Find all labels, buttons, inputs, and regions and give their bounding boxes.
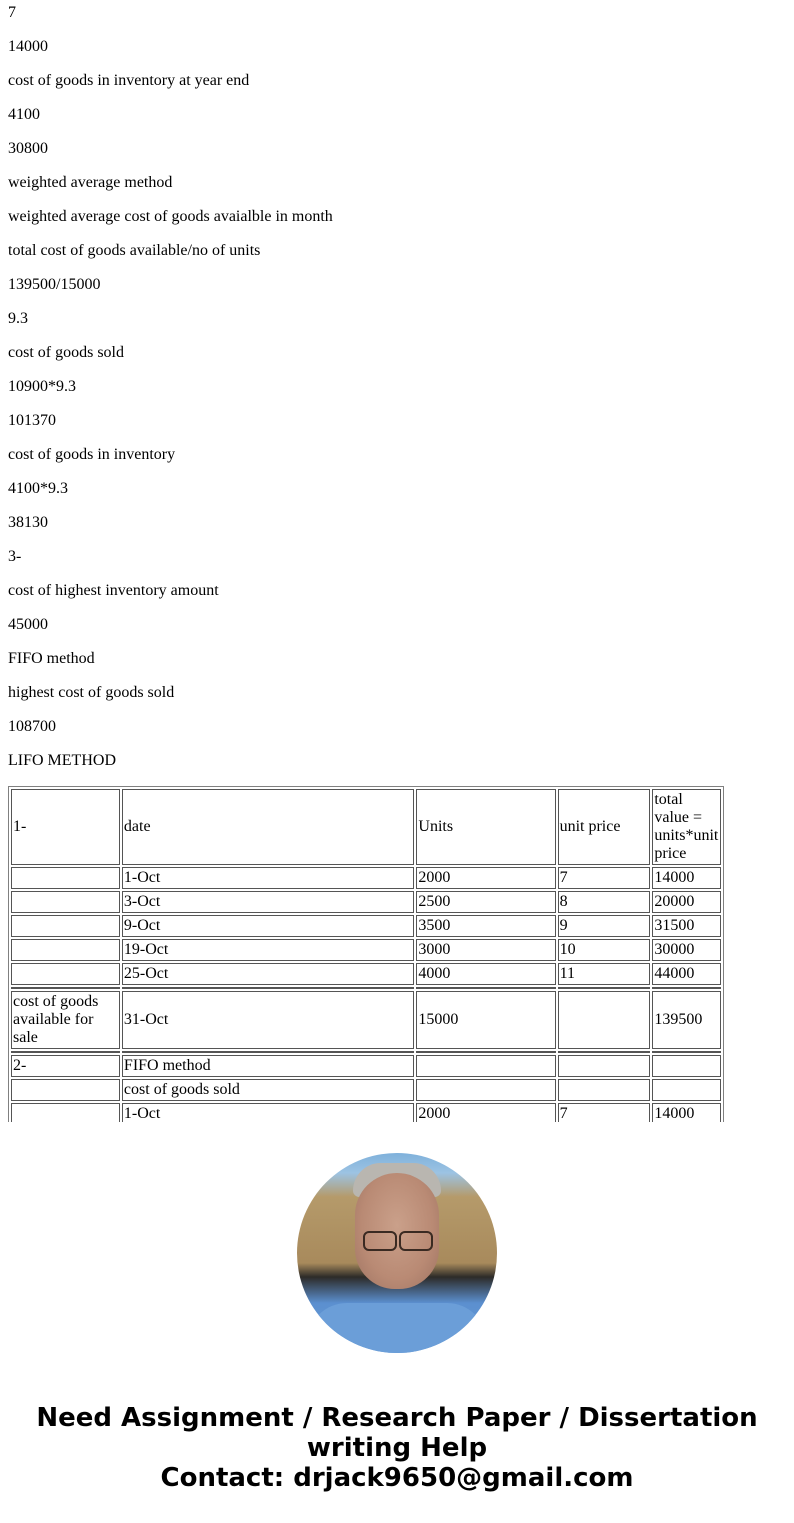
- table-row: 9-Oct3500931500: [11, 915, 721, 937]
- text-line: 10900*9.3: [8, 375, 788, 409]
- table-row: cost of goods sold: [11, 1079, 721, 1101]
- text-line: LIFO METHOD: [8, 749, 788, 783]
- text-line: 3-: [8, 545, 788, 579]
- text-line: 4100: [8, 103, 788, 137]
- table-cell: 11: [558, 963, 651, 985]
- table-cell: [652, 987, 721, 989]
- text-line: cost of goods in inventory: [8, 443, 788, 477]
- table-row: 3-Oct2500820000: [11, 891, 721, 913]
- table-cell: 10: [558, 939, 651, 961]
- text-line: 9.3: [8, 307, 788, 341]
- table-cell: 31-Oct: [122, 991, 414, 1049]
- text-line: 45000: [8, 613, 788, 647]
- table-cell: [11, 915, 120, 937]
- table-cell: [11, 939, 120, 961]
- avatar-glasses: [361, 1231, 433, 1249]
- table-cell: [416, 987, 555, 989]
- table-cell: 9-Oct: [122, 915, 414, 937]
- table-cell: date: [122, 789, 414, 865]
- table-cell: 139500: [652, 991, 721, 1049]
- table-cell: [416, 1055, 555, 1077]
- table-cell: [652, 1079, 721, 1101]
- table-cell: 2-: [11, 1055, 120, 1077]
- table-cell: [122, 1051, 414, 1053]
- table-cell: 7: [558, 1103, 651, 1122]
- table-cell: [416, 1079, 555, 1101]
- table-separator-row: [11, 987, 721, 989]
- text-line: 30800: [8, 137, 788, 171]
- table-cell: [558, 1051, 651, 1053]
- table-cell: 2500: [416, 891, 555, 913]
- table-cell: Units: [416, 789, 555, 865]
- text-line: total cost of goods available/no of unit…: [8, 239, 788, 273]
- table-header-row: 1-dateUnitsunit pricetotal value = units…: [11, 789, 721, 865]
- table-cell: 3500: [416, 915, 555, 937]
- text-line: 101370: [8, 409, 788, 443]
- table-cell: [11, 867, 120, 889]
- text-line: 38130: [8, 511, 788, 545]
- table-row: 2-FIFO method: [11, 1055, 721, 1077]
- promo-line-2: writing Help: [0, 1433, 794, 1463]
- table-cell: 3000: [416, 939, 555, 961]
- table-row: 1-Oct2000714000: [11, 867, 721, 889]
- table-cell: [11, 963, 120, 985]
- table-cell: 14000: [652, 867, 721, 889]
- table-cell: 20000: [652, 891, 721, 913]
- table-cell: 44000: [652, 963, 721, 985]
- table-cell: 1-: [11, 789, 120, 865]
- table-cell: 30000: [652, 939, 721, 961]
- inventory-table-container: 1-dateUnitsunit pricetotal value = units…: [8, 786, 728, 1122]
- text-line: highest cost of goods sold: [8, 681, 788, 715]
- table-cell: 4000: [416, 963, 555, 985]
- table-cell: 1-Oct: [122, 1103, 414, 1122]
- table-total-row: cost of goods available for sale31-Oct15…: [11, 991, 721, 1049]
- table-row: 1-Oct2000714000: [11, 1103, 721, 1122]
- text-line: FIFO method: [8, 647, 788, 681]
- table-cell: [416, 1051, 555, 1053]
- text-line: weighted average method: [8, 171, 788, 205]
- text-line: 7: [8, 1, 788, 35]
- table-cell: [558, 1079, 651, 1101]
- table-cell: [11, 1079, 120, 1101]
- table-cell: [11, 1103, 120, 1122]
- table-cell: cost of goods available for sale: [11, 991, 120, 1049]
- table-cell: 15000: [416, 991, 555, 1049]
- table-separator-row: [11, 1051, 721, 1053]
- text-line: 14000: [8, 35, 788, 69]
- table-cell: unit price: [558, 789, 651, 865]
- table-cell: [652, 1055, 721, 1077]
- table-cell: cost of goods sold: [122, 1079, 414, 1101]
- table-cell: 3-Oct: [122, 891, 414, 913]
- table-cell: [11, 1051, 120, 1053]
- text-line: cost of highest inventory amount: [8, 579, 788, 613]
- solution-text-lines: 714000cost of goods in inventory at year…: [8, 0, 788, 783]
- table-cell: 8: [558, 891, 651, 913]
- table-cell: 2000: [416, 867, 555, 889]
- table-cell: [122, 987, 414, 989]
- promo-line-1: Need Assignment / Research Paper / Disse…: [0, 1403, 794, 1433]
- table-cell: [558, 987, 651, 989]
- table-cell: total value = units*unit price: [652, 789, 721, 865]
- table-cell: 19-Oct: [122, 939, 414, 961]
- text-line: cost of goods in inventory at year end: [8, 69, 788, 103]
- table-cell: [652, 1051, 721, 1053]
- table-cell: [558, 1055, 651, 1077]
- avatar-shirt: [307, 1303, 487, 1353]
- text-line: 139500/15000: [8, 273, 788, 307]
- table-cell: FIFO method: [122, 1055, 414, 1077]
- promo-line-3[interactable]: Contact: drjack9650@gmail.com: [0, 1463, 794, 1493]
- table-row: 25-Oct40001144000: [11, 963, 721, 985]
- footer: Need Assignment / Research Paper / Disse…: [0, 1140, 794, 1493]
- table-cell: [11, 891, 120, 913]
- table-row: 19-Oct30001030000: [11, 939, 721, 961]
- table-cell: 31500: [652, 915, 721, 937]
- inventory-table: 1-dateUnitsunit pricetotal value = units…: [8, 786, 724, 1122]
- table-cell: 7: [558, 867, 651, 889]
- table-cell: 1-Oct: [122, 867, 414, 889]
- document-body: 714000cost of goods in inventory at year…: [8, 0, 788, 783]
- text-line: 4100*9.3: [8, 477, 788, 511]
- table-cell: [558, 991, 651, 1049]
- table-cell: 14000: [652, 1103, 721, 1122]
- table-cell: [11, 987, 120, 989]
- text-line: 108700: [8, 715, 788, 749]
- table-cell: 2000: [416, 1103, 555, 1122]
- table-cell: 9: [558, 915, 651, 937]
- text-line: cost of goods sold: [8, 341, 788, 375]
- text-line: weighted average cost of goods avaialble…: [8, 205, 788, 239]
- table-cell: 25-Oct: [122, 963, 414, 985]
- promo-text: Need Assignment / Research Paper / Disse…: [0, 1403, 794, 1493]
- author-avatar: [297, 1153, 497, 1353]
